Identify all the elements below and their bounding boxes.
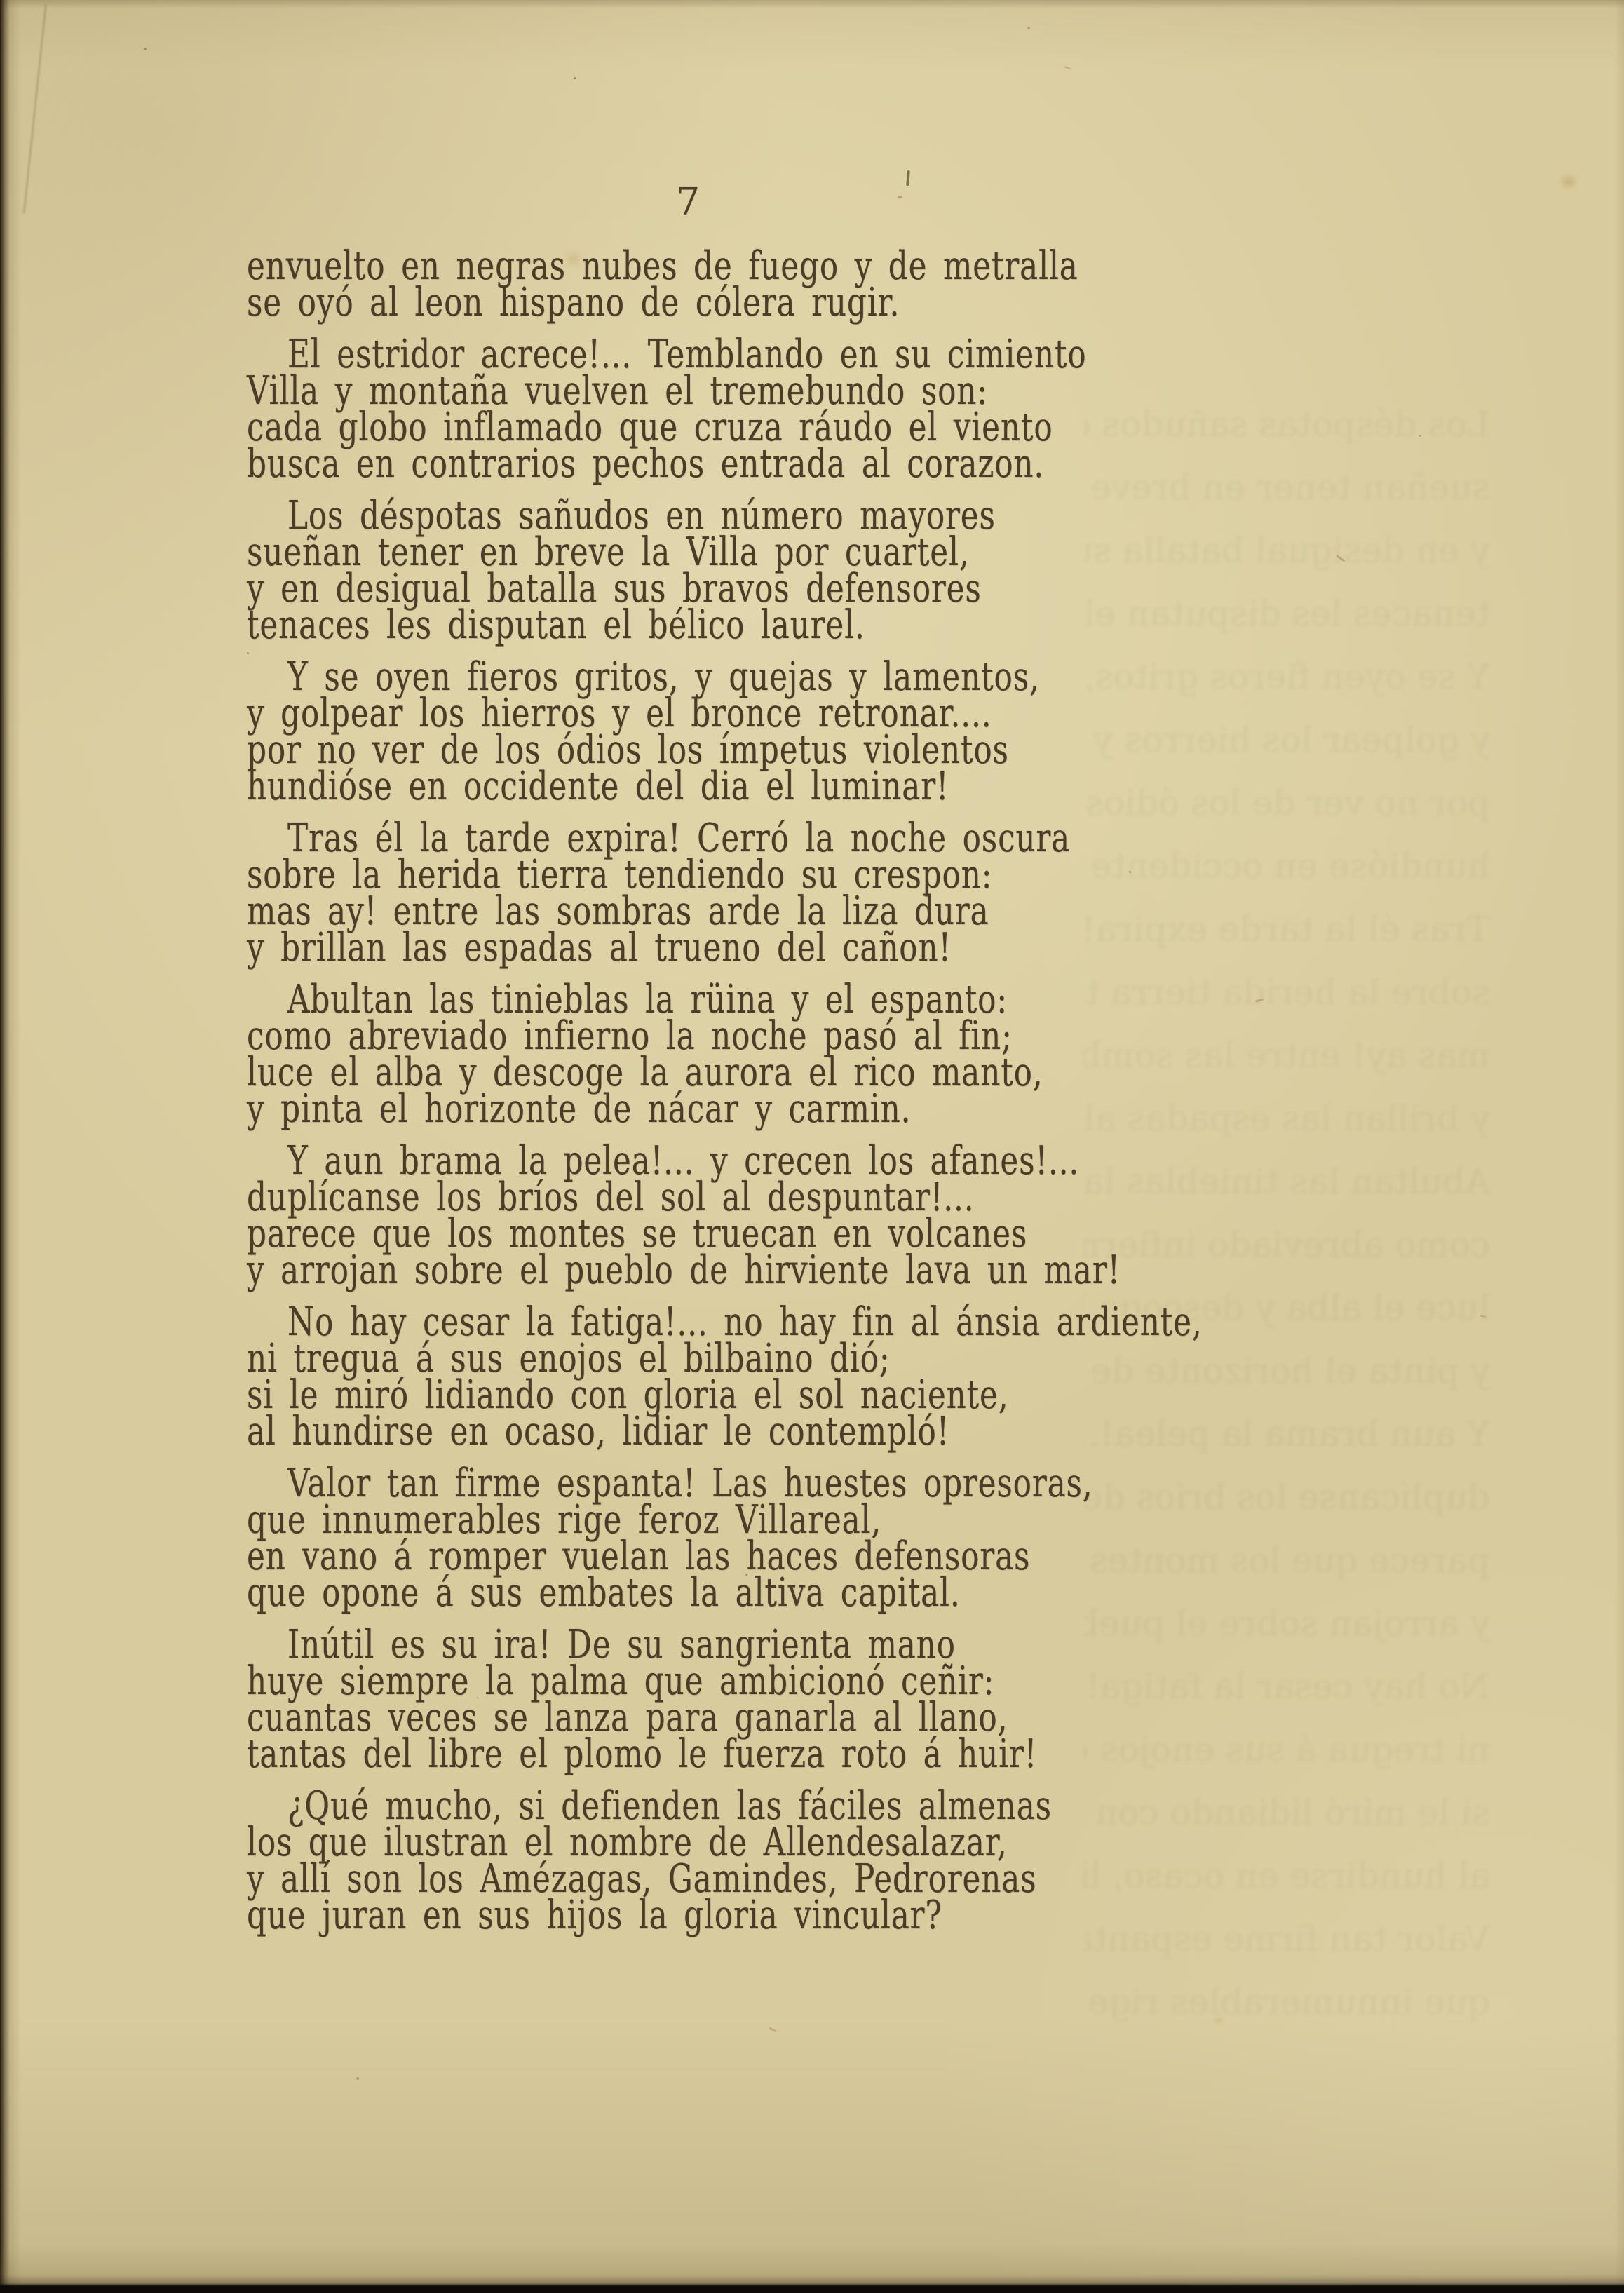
ghost-line: luce el alba y descoge la aurora el rico…	[1083, 1276, 1490, 1339]
paper-stain	[1562, 177, 1575, 187]
stanza: envuelto en negras nubes de fuego y de m…	[247, 248, 1229, 321]
poem-line: busca en contrarios pechos entrada al co…	[247, 446, 1013, 482]
stanza: Valor tan firme espanta! Las huestes opr…	[247, 1466, 1229, 1611]
scan-edge-top	[0, 0, 1624, 8]
paper-stain	[1215, 2017, 1222, 2023]
paper-fiber	[1064, 66, 1071, 69]
stanza: ¿Qué mucho, si defienden las fáciles alm…	[247, 1788, 1229, 1934]
stanza: Y aun brama la pelea!... y crecen los af…	[247, 1143, 1229, 1289]
verso-show-through: Los déspotas sañudos en número mayoressu…	[1083, 393, 1490, 2034]
ghost-line: Los déspotas sañudos en número mayores	[1083, 393, 1490, 456]
poem-line: que opone á sus embates la altiva capita…	[247, 1575, 1013, 1611]
poem: envuelto en negras nubes de fuego y de m…	[247, 248, 1229, 1949]
ghost-line: Valor tan firme espanta! Las huestes opr…	[1083, 1907, 1490, 1970]
poem-line: al hundirse en ocaso, lidiar le contempl…	[247, 1414, 1013, 1450]
ghost-line: duplícanse los bríos del sol al despunta…	[1083, 1466, 1490, 1529]
ghost-line: al hundirse en ocaso, lidiar le contempl…	[1083, 1844, 1490, 1907]
paper-speck	[144, 48, 147, 50]
ghost-line: Tras él la tarde expira! Cerró la noche …	[1083, 898, 1490, 961]
stanza: Los déspotas sañudos en número mayoressu…	[247, 498, 1229, 644]
page-number: 7	[247, 181, 1129, 223]
ghost-line: que innumerables rige feroz Villareal,	[1083, 1970, 1490, 2034]
ghost-line: sobre la herida tierra tendiendo su cres…	[1083, 961, 1490, 1024]
paper-stain	[568, 254, 579, 264]
ghost-line: parece que los montes se truecan en volc…	[1083, 1529, 1490, 1592]
poem-line: se oyó al leon hispano de cólera rugir.	[247, 285, 1013, 321]
ghost-line: y golpear los hierros y el bronce retron…	[1083, 708, 1490, 771]
ghost-line: hundióse en occidente del dia el luminar…	[1083, 834, 1490, 898]
stanza: Inútil es su ira! De su sangrienta manoh…	[247, 1627, 1229, 1773]
ghost-line: Y aun brama la pelea!... y crecen los af…	[1083, 1402, 1490, 1466]
ghost-line: y pinta el horizonte de nácar y carmin.	[1083, 1339, 1490, 1402]
stanza: Tras él la tarde expira! Cerró la noche …	[247, 820, 1229, 966]
ghost-line: sueñan tener en breve la Villa por cuart…	[1083, 456, 1490, 519]
stanza: Abultan las tinieblas la rüina y el espa…	[247, 982, 1229, 1128]
paper-speck	[574, 77, 576, 79]
poem-line: y pinta el horizonte de nácar y carmin.	[247, 1091, 1013, 1128]
scanned-book-page: { "page": { "number": "7" }, "poem": { "…	[0, 0, 1624, 2293]
scan-edge-bottom	[0, 2244, 1624, 2293]
stanza: El estridor acrece!... Temblando en su c…	[247, 337, 1229, 482]
stanza: No hay cesar la fatiga!... no hay fin al…	[247, 1304, 1229, 1450]
paper-speck	[1419, 435, 1421, 437]
paper-crease	[23, 4, 47, 214]
paper-background: 7 envuelto en negras nubes de fuego y de…	[0, 0, 1624, 2293]
poem-line: y arrojan sobre el pueblo de hirviente l…	[247, 1252, 1013, 1289]
poem-line: tenaces les disputan el bélico laurel.	[247, 607, 1013, 644]
ghost-line: Abultan las tinieblas la rüina y el espa…	[1083, 1150, 1490, 1213]
ghost-line: por no ver de los ódios los ímpetus viol…	[1083, 771, 1490, 834]
paper-speck	[1027, 27, 1030, 29]
ghost-line: y en desigual batalla sus bravos defenso…	[1083, 519, 1490, 582]
ghost-line: si le miró lidiando con gloria el sol na…	[1083, 1781, 1490, 1844]
ghost-line: mas ay! entre las sombras arde la liza d…	[1083, 1024, 1490, 1087]
poem-line: que juran en sus hijos la gloria vincula…	[247, 1898, 1013, 1934]
ghost-line: Y se oyen fieros gritos, y quejas y lame…	[1083, 645, 1490, 708]
ghost-line: tenaces les disputan el bélico laurel.	[1083, 582, 1490, 645]
stanza: Y se oyen fieros gritos, y quejas y lame…	[247, 659, 1229, 805]
poem-line: tantas del libre el plomo le fuerza roto…	[247, 1736, 1013, 1773]
paper-speck	[940, 785, 941, 787]
ghost-line: No hay cesar la fatiga!... no hay fin al…	[1083, 1655, 1490, 1718]
paper-speck	[247, 652, 249, 654]
paper-speck	[1129, 871, 1131, 873]
paper-fiber	[769, 2027, 777, 2033]
paper-speck	[356, 2077, 359, 2080]
ghost-line: y brillan las espadas al trueno del caño…	[1083, 1087, 1490, 1150]
scan-edge-right	[1614, 0, 1624, 2293]
poem-line: hundióse en occidente del dia el luminar…	[247, 769, 1013, 805]
paper-speck	[477, 1697, 478, 1698]
ghost-line: ni tregua á sus enojos el bilbaino dió;	[1083, 1718, 1490, 1781]
ghost-line: y arrojan sobre el pueblo de hirviente l…	[1083, 1592, 1490, 1655]
ghost-line: como abreviado infierno la noche pasó al…	[1083, 1213, 1490, 1276]
poem-line: y brillan las espadas al trueno del caño…	[247, 930, 1013, 966]
paper-speck	[745, 1574, 747, 1576]
scan-edge-left	[0, 0, 21, 2293]
